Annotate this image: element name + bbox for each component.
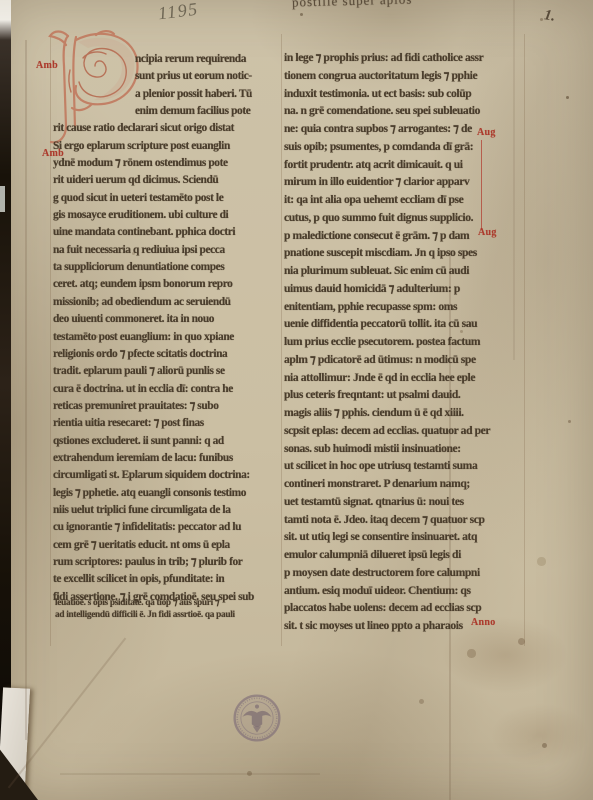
text-line: leuatioē. s opis psiditate. qa tiop ⁊ aū… xyxy=(55,598,285,610)
text-line: na fuit necessaria q rediuiua ipsi pecca xyxy=(53,242,281,259)
text-line: scpsit eplas: decem ad ecclias. quatuor … xyxy=(284,422,524,440)
text-line: ad intelligendū difficili ē. Jn fidi ass… xyxy=(55,610,285,622)
text-line: magis aliis ⁊ pphis. ciendum ū ē qd xiii… xyxy=(284,404,524,422)
text-line: uenie diffidentia peccatorū tollit. ita … xyxy=(284,315,524,333)
shelfmark-number: 1195 xyxy=(157,0,200,24)
text-line: plus ceteris freqntant: ut psalmi dauid. xyxy=(284,386,524,404)
text-line: a plenior possit haberi. Tū xyxy=(53,86,281,103)
text-line: lum prius ecclie psecutorem. postea fact… xyxy=(284,333,524,351)
text-line: sit. ut utiq legi se consentire insinuar… xyxy=(284,528,524,546)
ruling-line xyxy=(524,34,525,646)
text-line: missionib; ad obediendum ac seruiendū xyxy=(53,294,281,311)
text-line: ta suppliciorum denuntiatione compes xyxy=(53,259,281,276)
text-line: mirum in illo euidentior ⁊ clarior appar… xyxy=(284,173,524,191)
text-line: sunt prius ut eorum notic- xyxy=(53,68,281,85)
text-line: enitentiam, pphie recupasse spm: oms xyxy=(284,298,524,316)
text-line: uet testamtū signat. qtnarius ū: noui te… xyxy=(284,493,524,511)
text-line: ceret. atq; eundem ipsm bonorum repro xyxy=(53,276,281,293)
text-line: uimus dauid homicidā ⁊ adulterium: p xyxy=(284,280,524,298)
text-line: rit uideri uerum qd dicimus. Sciendū xyxy=(53,172,281,189)
text-line: qstiones excluderet. ii sunt panni: q ad xyxy=(53,433,281,450)
text-line: circumligati st. Eplarum siquidem doctri… xyxy=(53,467,281,484)
text-line: suis opib; psumentes, p comdanda dī grā: xyxy=(284,138,524,156)
text-column-2: in lege ⁊ prophis prius: ad fidi catholi… xyxy=(284,49,524,635)
library-stamp-eagle-icon xyxy=(232,693,282,743)
text-line: contineri monstraret. P denarium namq; xyxy=(284,475,524,493)
text-line: nia attollimur: Jnde ē qd in ecclia hee … xyxy=(284,369,524,387)
folio-number: 1. xyxy=(543,7,557,26)
book-binding-edge xyxy=(0,0,11,800)
text-line: sit. t sic moyses ut lineo ppto a pharao… xyxy=(284,617,524,635)
text-line: ncipia rerum requirenda xyxy=(53,51,281,68)
text-line: ne: quia contra supbos ⁊ arrogantes: ⁊ d… xyxy=(284,120,524,138)
text-line: cem grē ⁊ ueritatis educit. nt oms ū epl… xyxy=(53,537,281,554)
text-line: extrahendum ieremiam de lacu: funibus xyxy=(53,450,281,467)
text-line: emulor calumpniā dilueret ipsū legis di xyxy=(284,546,524,564)
text-line: ydnē modum ⁊ rōnem ostendimus pote xyxy=(53,155,281,172)
text-line: aplm ⁊ pdicatorē ad ūtimus: n modicū spe xyxy=(284,351,524,369)
text-line: placcatos habe uolens: decem ad ecclias … xyxy=(284,599,524,617)
text-line: cutus, p quo summo fuit dignus supplicio… xyxy=(284,209,524,227)
text-column-1: ncipia rerum requirendasunt prius ut eor… xyxy=(53,51,281,606)
text-column-1-addendum: leuatioē. s opis psiditate. qa tiop ⁊ aū… xyxy=(55,598,285,622)
text-line: na. n grē comendatione. seu spei subleua… xyxy=(284,102,524,120)
text-line: induxit testimonia. ut ect basis: sub co… xyxy=(284,85,524,103)
text-line: p maledictione consecut ē grām. ⁊ p dam xyxy=(284,227,524,245)
text-line: p moysen date destructorem fore calumpni xyxy=(284,564,524,582)
text-line: in lege ⁊ prophis prius: ad fidi catholi… xyxy=(284,49,524,67)
text-line: te excellit scilicet in opis, pfunditate… xyxy=(53,571,281,588)
text-line: uine mandata continebant. pphica doctri xyxy=(53,224,281,241)
text-line: rum scriptores: paulus in trib; ⁊ plurib… xyxy=(53,554,281,571)
manuscript-page-photo: postille super aplos 1195 1. Amb Amb Aug… xyxy=(0,0,593,800)
parchment-stains xyxy=(0,0,3,3)
text-line: legis ⁊ pphetie. atq euangli consonis te… xyxy=(53,485,281,502)
text-line: it: qa int alia opa uehemt eccliam dī ps… xyxy=(284,191,524,209)
text-line: deo uiuenti commoneret. ita in nouo xyxy=(53,311,281,328)
parchment-crease xyxy=(25,40,27,740)
text-line: sonas. sub huimodi mistii insinuatione: xyxy=(284,440,524,458)
text-line: reticas premuniret prauitates: ⁊ subo xyxy=(53,398,281,415)
text-line: cura ē doctrina. ut in ecclia dī: contra… xyxy=(53,381,281,398)
text-line: niis uelut triplici fune circumligata de… xyxy=(53,502,281,519)
binding-page-sliver xyxy=(0,186,5,212)
ruling-line xyxy=(281,34,282,646)
running-title: postille super aplos xyxy=(292,0,413,11)
text-line: nia plurimum subleuat. Sic enim cū audi xyxy=(284,262,524,280)
text-line: pnatione suscepit miscdiam. Jn q ipso sp… xyxy=(284,244,524,262)
text-line: rit cause ratio declarari sicut origo di… xyxy=(53,120,281,137)
text-line: Si ergo eplarum scripture post euanglin xyxy=(53,138,281,155)
text-line: g quod sicut in ueteri testamēto post le xyxy=(53,190,281,207)
text-line: cu ignorantie ⁊ infidelitatis: peccator … xyxy=(53,519,281,536)
text-line: tionem congrua auctoritatum legis ⁊ pphi… xyxy=(284,67,524,85)
text-line: ut scilicet in hoc ope utriusq testamti … xyxy=(284,457,524,475)
text-line: tradit. eplarum pauli ⁊ aliorū punlis se xyxy=(53,363,281,380)
text-line: antium. esiq moduī uideor. Chentium: qs xyxy=(284,582,524,600)
text-line: tamti nota ē. Jdeo. itaq decem ⁊ quatuor… xyxy=(284,511,524,529)
text-line: gis mosayce eruditionem. ubi culture di xyxy=(53,207,281,224)
text-line: fortit prudentr. atq acrit dimicauit. q … xyxy=(284,156,524,174)
text-line: religionis ordo ⁊ pfecte scitatis doctri… xyxy=(53,346,281,363)
text-line: enim demum facilius pote xyxy=(53,103,281,120)
text-line: testamēto post euanglium: in quo xpiane xyxy=(53,329,281,346)
parchment-crease xyxy=(60,773,320,775)
text-line: rientia uitia resecaret: ⁊ post finas xyxy=(53,415,281,432)
